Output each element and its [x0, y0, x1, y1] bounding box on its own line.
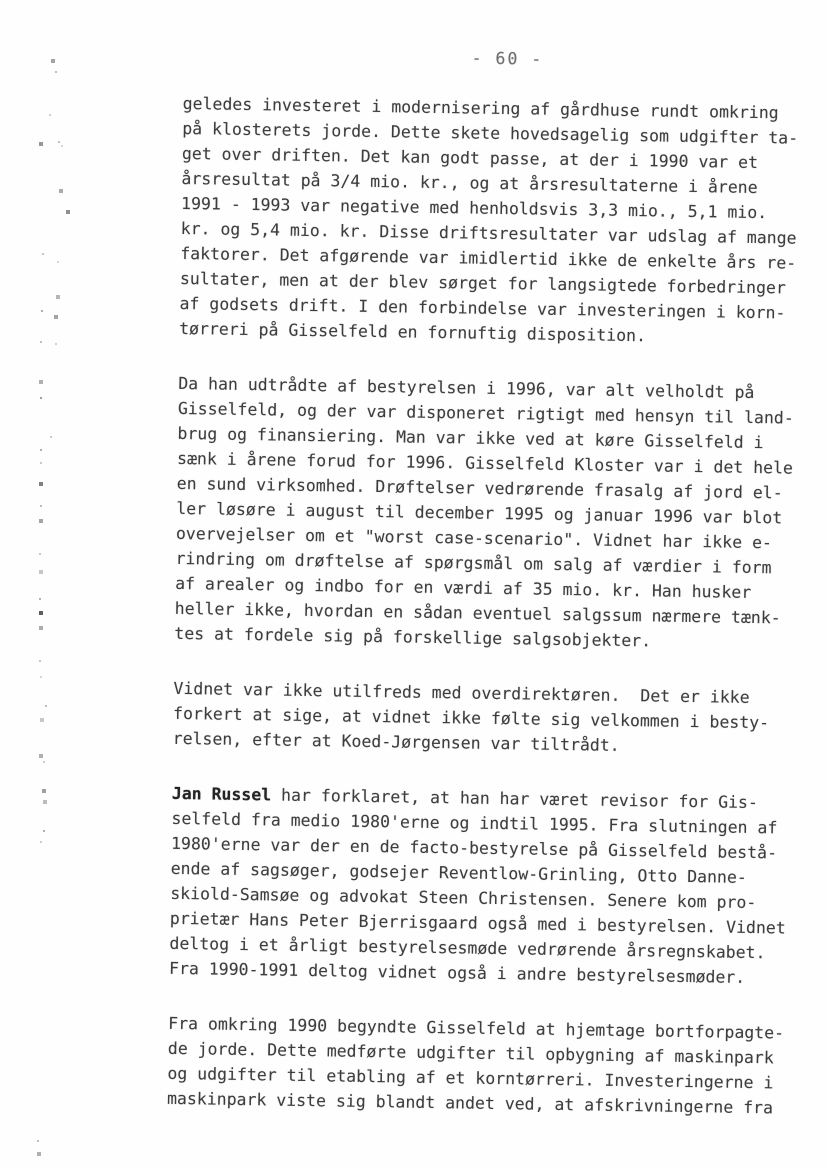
paragraph-3: Vidnet var ikke utilfreds med overdirekt… — [173, 676, 822, 761]
witness-name-bold: Jan Russel — [172, 784, 272, 805]
paragraph-4-body: har forklaret, at han har været revisor … — [169, 785, 786, 986]
paragraph-5: Fra omkring 1990 begyndte Gisselfeld at … — [167, 1011, 816, 1121]
paragraph-1: geledes investeret i modernisering af gå… — [179, 91, 826, 351]
paragraph-2: Da han udtrådte af bestyrelsen i 1996, v… — [174, 371, 826, 656]
document-text-block: - 60 - geledes investeret i moderniserin… — [166, 41, 826, 1151]
page-number: - 60 - — [183, 41, 826, 76]
paragraph-4: Jan Russel har forklaret, at han har vær… — [169, 781, 820, 991]
scanned-page: - 60 - geledes investeret i moderniserin… — [0, 0, 826, 1169]
scan-artifacts — [0, 0, 2, 2]
